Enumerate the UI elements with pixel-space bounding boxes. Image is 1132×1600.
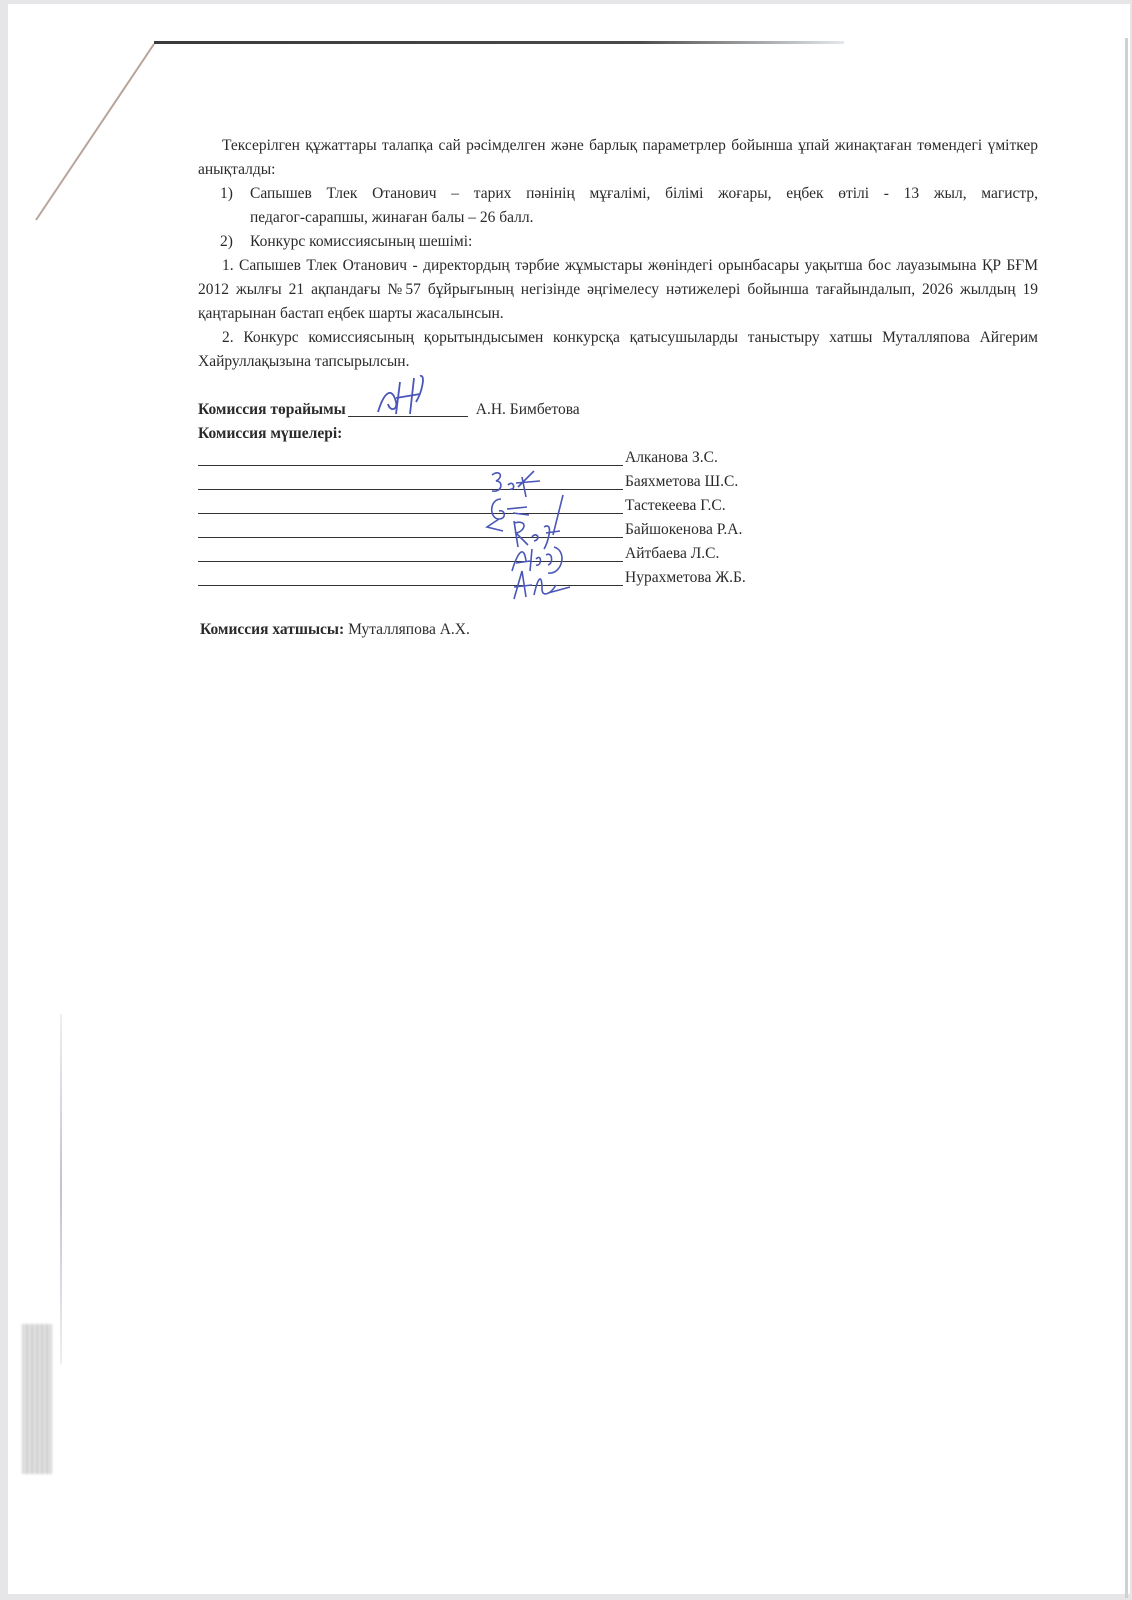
chair-signature: [370, 372, 450, 416]
member-name: Алканова З.С.: [623, 446, 718, 470]
scan-right-edge: [1125, 38, 1128, 1598]
member-name: Баяхметова Ш.С.: [623, 470, 738, 494]
chair-signature-row: Комиссия төрайымы А.Н. Бимбетова: [198, 394, 1038, 422]
member-row: Алканова З.С.: [198, 446, 1038, 470]
members-label: Комиссия мүшелері:: [198, 422, 1038, 446]
member-row: Байшокенова Р.А.: [198, 518, 1038, 542]
member-signature: [508, 567, 588, 601]
list-number: 2): [220, 230, 250, 254]
list-number: 1): [220, 182, 250, 230]
secretary-label: Комиссия хатшысы:: [200, 621, 344, 638]
document-body: Тексерілген құжаттары талапқа сай рәсімд…: [198, 134, 1038, 642]
scan-streak: [60, 1014, 62, 1364]
member-name: Айтбаева Л.С.: [623, 542, 719, 566]
secretary-name: Муталляпова А.Х.: [348, 621, 470, 638]
chair-label: Комиссия төрайымы: [198, 398, 346, 422]
decision-heading: Конкурс комиссиясының шешімі:: [250, 230, 1038, 254]
intro-paragraph: Тексерілген құжаттары талапқа сай рәсімд…: [198, 134, 1038, 182]
list-item-1: 1) Сапышев Тлек Отанович – тарих пәнінің…: [220, 182, 1038, 230]
member-name: Тастекеева Г.С.: [623, 494, 726, 518]
decision-2: 2. Конкурс комиссиясының қорытындысымен …: [198, 326, 1038, 374]
secretary-row: Комиссия хатшысы: Муталляпова А.Х.: [200, 618, 1038, 642]
scan-smudge: [22, 1324, 52, 1474]
decision-1: 1. Сапышев Тлек Отанович - директордың т…: [198, 254, 1038, 326]
member-row: Нурахметова Ж.Б.: [198, 566, 1038, 590]
chair-name: А.Н. Бимбетова: [476, 398, 580, 422]
scan-page-edge: [34, 42, 158, 222]
member-row: Айтбаева Л.С.: [198, 542, 1038, 566]
candidate-details: Сапышев Тлек Отанович – тарих пәнінің мұ…: [250, 182, 1038, 206]
member-name: Байшокенова Р.А.: [623, 518, 742, 542]
member-name: Нурахметова Ж.Б.: [623, 566, 746, 590]
scan-top-rule: [154, 41, 844, 44]
list-item-2: 2) Конкурс комиссиясының шешімі:: [220, 230, 1038, 254]
members-list: Алканова З.С. Баяхметова Ш.С. Тастекеева…: [198, 446, 1038, 590]
candidate-score: педагог-сарапшы, жинаған балы – 26 балл.: [250, 206, 1038, 230]
document-page: Тексерілген құжаттары талапқа сай рәсімд…: [8, 4, 1130, 1594]
chair-signature-line: [348, 398, 468, 417]
member-row: Баяхметова Ш.С.: [198, 470, 1038, 494]
member-row: Тастекеева Г.С.: [198, 494, 1038, 518]
